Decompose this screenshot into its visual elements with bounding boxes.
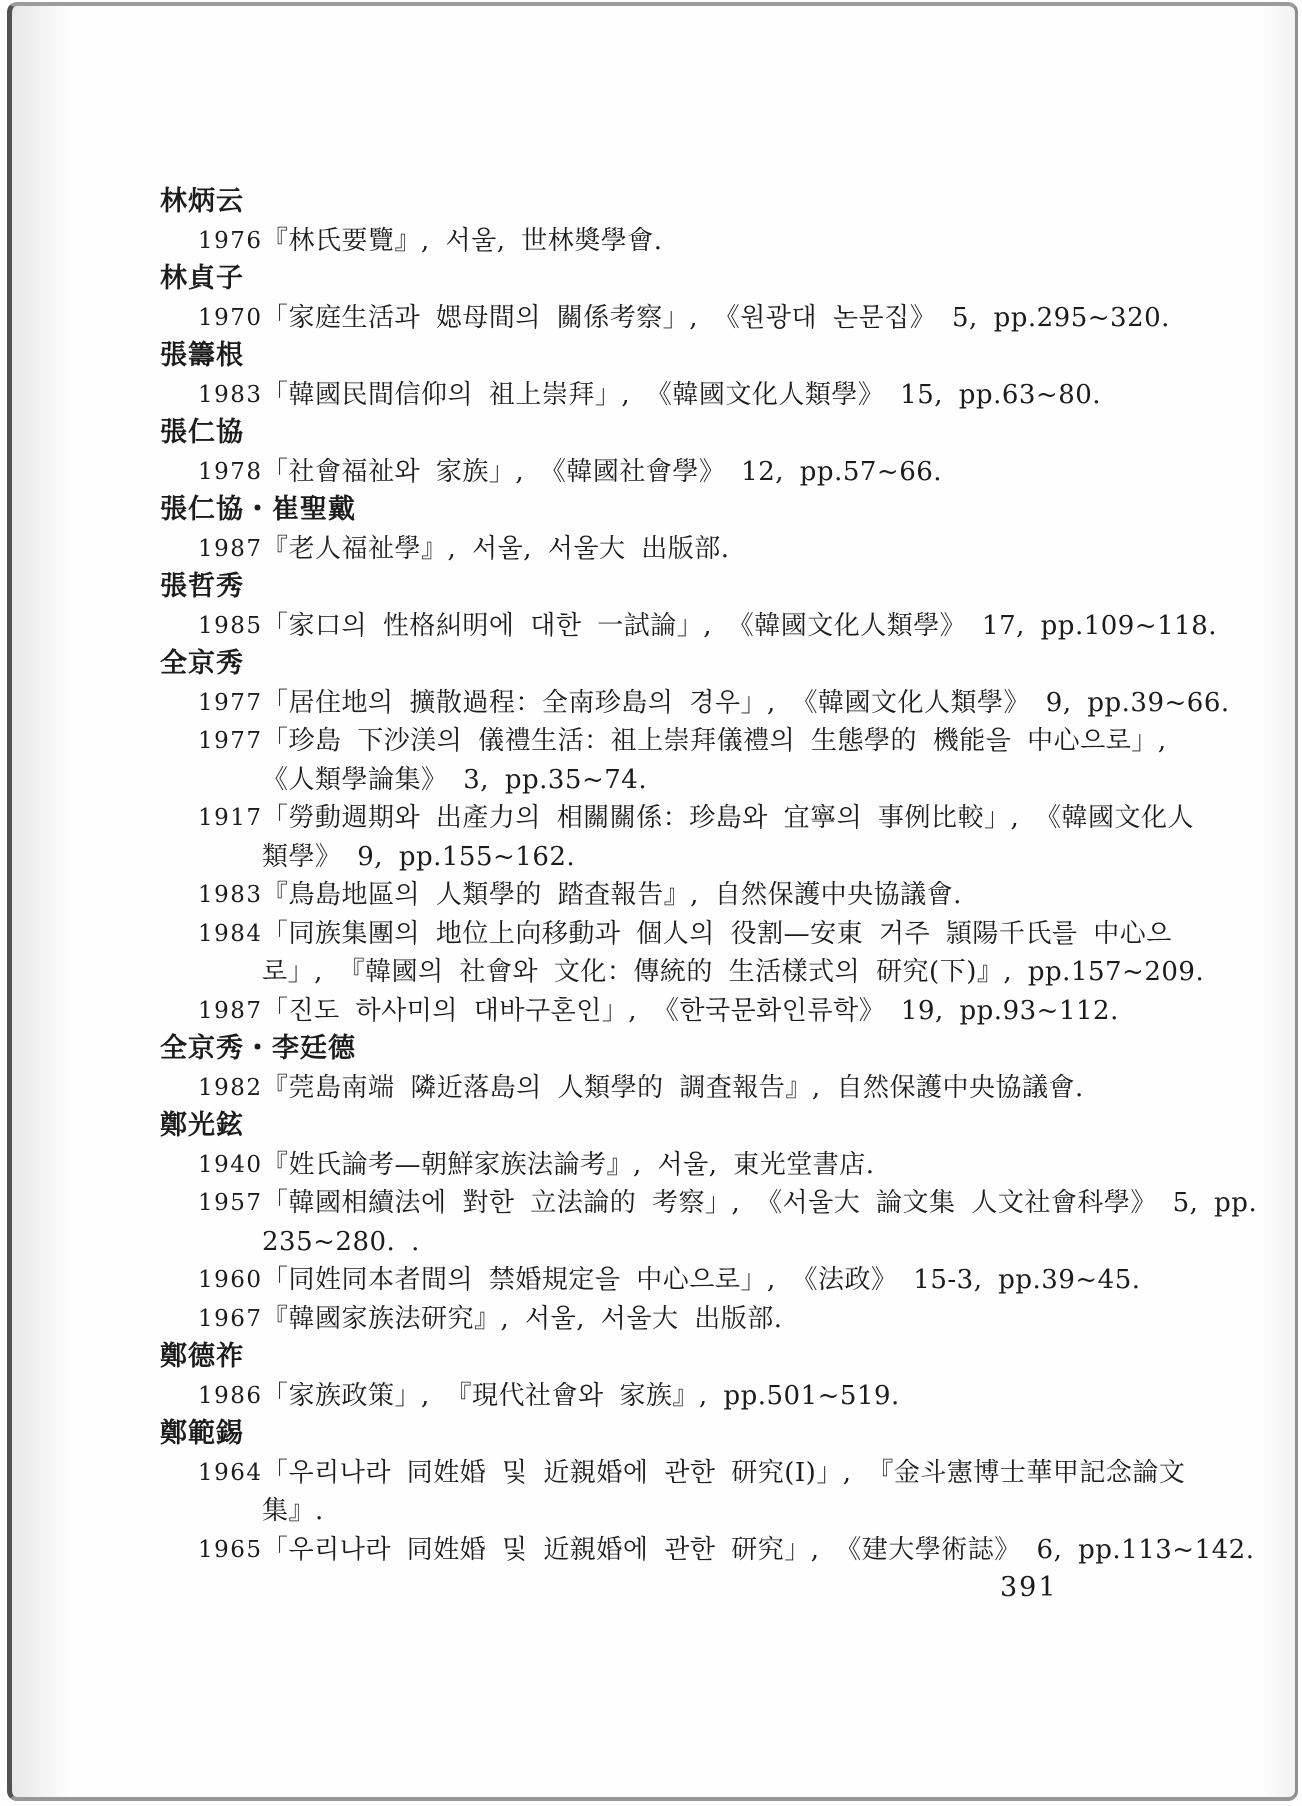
entry-year: 1917 [198,799,262,876]
entry-line: 『老人福祉學』, 서울, 서울大 出版部. [262,530,1302,569]
entry-text: 「勞動週期와 出產力의 相關關係：珍島와 宜寧의 事例比較」, 《韓國文化人類學… [262,799,1302,876]
entry-line: 235~280. . [262,1223,1302,1262]
entry-line: 「居住地의 擴散過程：全南珍島의 경우」, 《韓國文化人類學》 9, pp.39… [262,684,1302,723]
entry-year: 1970 [198,299,262,338]
entry-row: 1964 「우리나라 同姓婚 및 近親婚에 관한 研究(Ⅰ)」, 『金斗憲博士華… [198,1454,1302,1531]
entry-line: 「家族政策」, 『現代社會와 家族』, pp.501~519. [262,1377,1302,1416]
entry-text: 『姓氏論考—朝鮮家族法論考』, 서울, 東光堂書店. [262,1146,1302,1185]
entry-text: 「社會福祉와 家族」, 《韓國社會學》 12, pp.57~66. [262,453,1302,492]
entry-row: 1977 「珍島 下沙渼의 儀禮生活：祖上崇拜儀禮의 生態學的 機能을 中心으로… [198,722,1302,799]
entry-line: 「珍島 下沙渼의 儀禮生活：祖上崇拜儀禮의 生態學的 機能을 中心으로」, [262,722,1302,761]
entry-line: 「家庭生活과 媤母間의 關係考察」, 《원광대 논문집》 5, pp.295~3… [262,299,1302,338]
entry-line: 『莞島南端 隣近落島의 人類學的 調査報告』, 自然保護中央協議會. [262,1069,1302,1108]
entry-line: 《人類學論集》 3, pp.35~74. [262,761,1302,800]
entry-row: 1984 「同族集團의 地位上向移動과 個人의 役割—安東 거주 頴陽千氏를 中… [198,915,1302,992]
entry-year: 1957 [198,1184,262,1261]
entry-year: 1984 [198,915,262,992]
entry-line: 『姓氏論考—朝鮮家族法論考』, 서울, 東光堂書店. [262,1146,1302,1185]
entry-text: 「우리나라 同姓婚 및 近親婚에 관한 研究」, 《建大學術誌》 6, pp.1… [262,1531,1302,1570]
entry-text: 「韓國民間信仰의 祖上崇拜」, 《韓國文化人類學》 15, pp.63~80. [262,376,1302,415]
entry-year: 1985 [198,607,262,646]
entry-year: 1987 [198,992,262,1031]
entry-text: 『韓國家族法研究』, 서울, 서울大 出版部. [262,1300,1302,1339]
entry-text: 「家庭生活과 媤母間의 關係考察」, 《원광대 논문집》 5, pp.295~3… [262,299,1302,338]
author-heading: 全京秀・李廷德 [160,1030,1302,1069]
entry-line: 『韓國家族法研究』, 서울, 서울大 出版部. [262,1300,1302,1339]
entry-row: 1965 「우리나라 同姓婚 및 近親婚에 관한 研究」, 《建大學術誌》 6,… [198,1531,1302,1570]
entry-row: 1917 「勞動週期와 出產力의 相關關係：珍島와 宜寧의 事例比較」, 《韓國… [198,799,1302,876]
entry-text: 『林氏要覽』, 서울, 世林奬學會. [262,222,1302,261]
entry-row: 1986 「家族政策」, 『現代社會와 家族』, pp.501~519. [198,1377,1302,1416]
entry-line: 「同族集團의 地位上向移動과 個人의 役割—安東 거주 頴陽千氏를 中心으 [262,915,1302,954]
entry-year: 1960 [198,1261,262,1300]
author-heading: 林貞子 [160,260,1302,299]
entry-year: 1987 [198,530,262,569]
entry-line: 「韓國相續法에 對한 立法論的 考察」, 《서울大 論文集 人文社會科學》 5,… [262,1184,1302,1223]
entry-line: 「우리나라 同姓婚 및 近親婚에 관한 研究」, 《建大學術誌》 6, pp.1… [262,1531,1302,1570]
entry-year: 1977 [198,684,262,723]
entry-line: 『林氏要覽』, 서울, 世林奬學會. [262,222,1302,261]
page-number: 391 [1000,1572,1058,1603]
entry-text: 「家族政策」, 『現代社會와 家族』, pp.501~519. [262,1377,1302,1416]
entry-text: 『莞島南端 隣近落島의 人類學的 調査報告』, 自然保護中央協議會. [262,1069,1302,1108]
entry-year: 1964 [198,1454,262,1531]
author-heading: 鄭範錫 [160,1415,1302,1454]
author-heading: 全京秀 [160,645,1302,684]
entry-row: 1983 『鳥島地區의 人類學的 踏査報告』, 自然保護中央協議會. [198,876,1302,915]
entry-year: 1965 [198,1531,262,1570]
entry-text: 「珍島 下沙渼의 儀禮生活：祖上崇拜儀禮의 生態學的 機能을 中心으로」,《人類… [262,722,1302,799]
entry-row: 1985 「家口의 性格糾明에 대한 一試論」, 《韓國文化人類學》 17, p… [198,607,1302,646]
entry-year: 1983 [198,376,262,415]
entry-row: 1987 『老人福祉學』, 서울, 서울大 出版部. [198,530,1302,569]
bibliography: 林炳云 1976 『林氏要覽』, 서울, 世林奬學會. 林貞子 1970 「家庭… [0,0,1302,1569]
entry-line: 集』. [262,1492,1302,1531]
entry-text: 「韓國相續法에 對한 立法論的 考察」, 《서울大 論文集 人文社會科學》 5,… [262,1184,1302,1261]
entry-year: 1977 [198,722,262,799]
entry-text: 「居住地의 擴散過程：全南珍島의 경우」, 《韓國文化人類學》 9, pp.39… [262,684,1302,723]
entry-row: 1982 『莞島南端 隣近落島의 人類學的 調査報告』, 自然保護中央協議會. [198,1069,1302,1108]
entry-row: 1976 『林氏要覽』, 서울, 世林奬學會. [198,222,1302,261]
entry-row: 1977 「居住地의 擴散過程：全南珍島의 경우」, 《韓國文化人類學》 9, … [198,684,1302,723]
author-heading: 林炳云 [160,183,1302,222]
entry-year: 1976 [198,222,262,261]
entry-line: 「진도 하사미의 대바구혼인」, 《한국문화인류학》 19, pp.93~112… [262,992,1302,1031]
entry-row: 1978 「社會福祉와 家族」, 《韓國社會學》 12, pp.57~66. [198,453,1302,492]
entry-line: 「家口의 性格糾明에 대한 一試論」, 《韓國文化人類學》 17, pp.109… [262,607,1302,646]
entry-text: 『老人福祉學』, 서울, 서울大 出版部. [262,530,1302,569]
author-heading: 張仁協 [160,414,1302,453]
entry-line: 類學》 9, pp.155~162. [262,838,1302,877]
author-heading: 張仁協・崔聖戴 [160,491,1302,530]
entry-line: 「우리나라 同姓婚 및 近親婚에 관한 研究(Ⅰ)」, 『金斗憲博士華甲記念論文 [262,1454,1302,1493]
entry-text: 「同族集團의 地位上向移動과 個人의 役割—安東 거주 頴陽千氏를 中心으로」,… [262,915,1302,992]
entry-line: 「韓國民間信仰의 祖上崇拜」, 《韓國文化人類學》 15, pp.63~80. [262,376,1302,415]
entry-row: 1970 「家庭生活과 媤母間의 關係考察」, 《원광대 논문집》 5, pp.… [198,299,1302,338]
entry-row: 1940 『姓氏論考—朝鮮家族法論考』, 서울, 東光堂書店. [198,1146,1302,1185]
entry-year: 1982 [198,1069,262,1108]
author-heading: 張籌根 [160,337,1302,376]
entry-text: 「同姓同本者間의 禁婚規定을 中心으로」, 《法政》 15-3, pp.39~4… [262,1261,1302,1300]
entry-row: 1957 「韓國相續法에 對한 立法論的 考察」, 《서울大 論文集 人文社會科… [198,1184,1302,1261]
author-heading: 張哲秀 [160,568,1302,607]
scanned-page: 林炳云 1976 『林氏要覽』, 서울, 世林奬學會. 林貞子 1970 「家庭… [0,0,1302,1806]
entry-text: 「우리나라 同姓婚 및 近親婚에 관한 研究(Ⅰ)」, 『金斗憲博士華甲記念論文… [262,1454,1302,1531]
entry-line: 「社會福祉와 家族」, 《韓國社會學》 12, pp.57~66. [262,453,1302,492]
entry-year: 1978 [198,453,262,492]
entry-row: 1983 「韓國民間信仰의 祖上崇拜」, 《韓國文化人類學》 15, pp.63… [198,376,1302,415]
entry-text: 「家口의 性格糾明에 대한 一試論」, 《韓國文化人類學》 17, pp.109… [262,607,1302,646]
entry-line: 「同姓同本者間의 禁婚規定을 中心으로」, 《法政》 15-3, pp.39~4… [262,1261,1302,1300]
entry-year: 1986 [198,1377,262,1416]
entry-year: 1940 [198,1146,262,1185]
author-heading: 鄭光鉉 [160,1107,1302,1146]
entry-row: 1960 「同姓同本者間의 禁婚規定을 中心으로」, 《法政》 15-3, pp… [198,1261,1302,1300]
author-heading: 鄭德祚 [160,1338,1302,1377]
entry-text: 「진도 하사미의 대바구혼인」, 《한국문화인류학》 19, pp.93~112… [262,992,1302,1031]
entry-line: 로」, 『韓國의 社會와 文化：傳統的 生活樣式의 研究(下)』, pp.157… [262,953,1302,992]
entry-year: 1967 [198,1300,262,1339]
entry-year: 1983 [198,876,262,915]
entry-line: 『鳥島地區의 人類學的 踏査報告』, 自然保護中央協議會. [262,876,1302,915]
entry-line: 「勞動週期와 出產力의 相關關係：珍島와 宜寧의 事例比較」, 《韓國文化人 [262,799,1302,838]
entry-text: 『鳥島地區의 人類學的 踏査報告』, 自然保護中央協議會. [262,876,1302,915]
entry-row: 1987 「진도 하사미의 대바구혼인」, 《한국문화인류학》 19, pp.9… [198,992,1302,1031]
entry-row: 1967 『韓國家族法研究』, 서울, 서울大 出版部. [198,1300,1302,1339]
